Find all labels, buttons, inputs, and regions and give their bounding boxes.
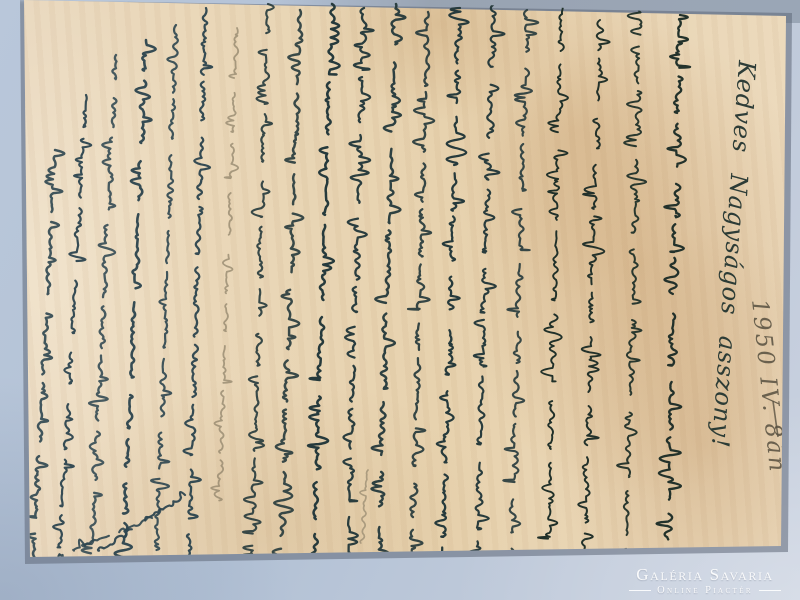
watermark-title: Galéria Savaria	[623, 566, 787, 584]
handwriting-line	[360, 470, 368, 543]
date-text: 1950 IV. 8án	[746, 298, 790, 475]
handwriting-line	[211, 28, 238, 501]
handwriting-line	[82, 55, 117, 575]
handwriting-line	[408, 12, 434, 562]
watermark-dash-right	[759, 590, 781, 591]
salutation-text: Kedves Nagyságos asszony!	[706, 59, 761, 450]
handwriting-line	[151, 25, 178, 574]
handwriting-line	[243, 4, 274, 557]
handwriting-line	[657, 15, 690, 539]
handwriting-line	[53, 95, 91, 581]
handwriting-line	[343, 8, 373, 555]
handwriting-line	[466, 5, 504, 559]
handwriting-line	[435, 8, 468, 554]
handwriting-line	[115, 40, 156, 574]
handwriting-line	[503, 10, 538, 574]
photo-scene: Kedves Nagyságos asszony! 1950 IV. 8án G…	[0, 0, 800, 600]
handwriting-line	[578, 20, 609, 560]
handwriting-line	[308, 4, 340, 562]
handwriting-line	[269, 10, 303, 576]
handwriting-line	[372, 4, 406, 565]
watermark: Galéria Savaria Online Piactér	[623, 566, 787, 596]
handwriting-line	[61, 517, 152, 557]
handwriting-layer: Kedves Nagyságos asszony! 1950 IV. 8án	[0, 0, 800, 600]
handwriting-line	[538, 5, 568, 570]
handwriting-squiggles	[27, 4, 690, 581]
watermark-subtitle-row: Online Piactér	[623, 585, 787, 596]
handwriting-line	[27, 150, 64, 572]
handwriting-line	[617, 5, 646, 555]
handwriting-line	[184, 8, 213, 561]
watermark-dash-left	[629, 590, 651, 591]
watermark-subtitle: Online Piactér	[657, 585, 753, 596]
